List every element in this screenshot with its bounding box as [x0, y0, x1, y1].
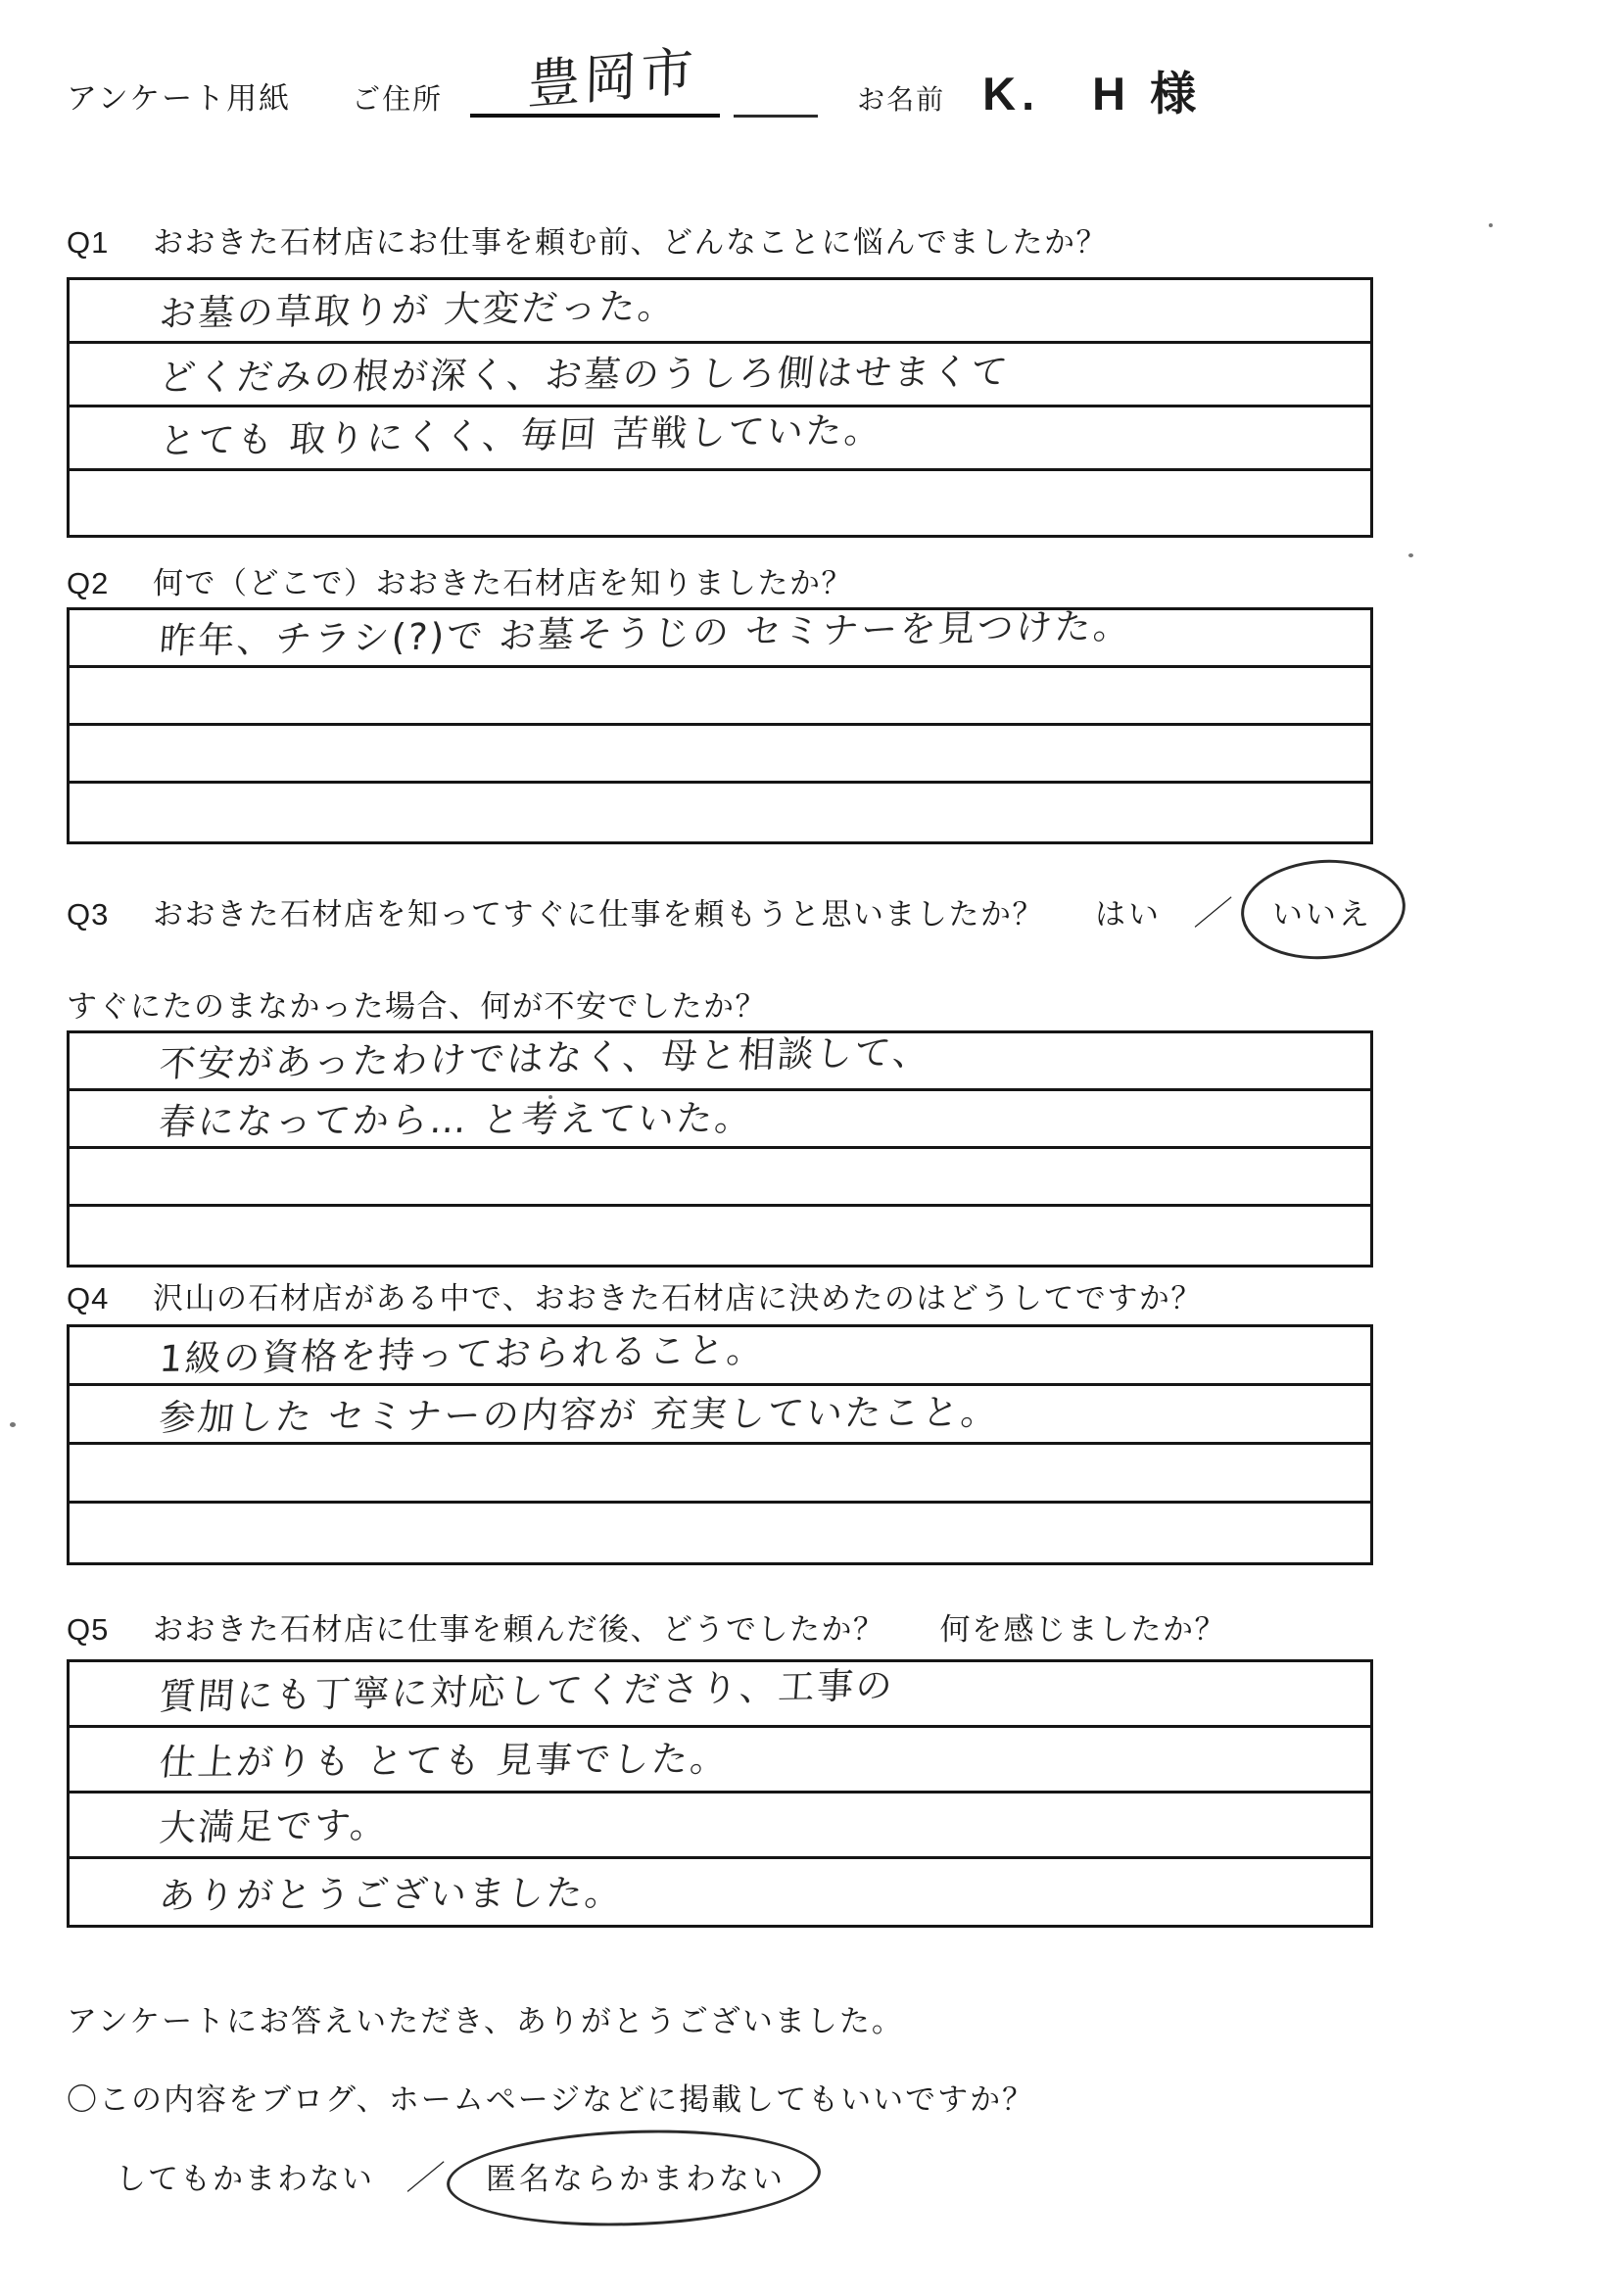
publish-options: してもかまわない ／ 匿名ならかまわない	[67, 2151, 791, 2199]
q4-answer-row	[70, 1445, 1370, 1504]
q4-answer-row: 1級の資格を持っておられること。	[70, 1327, 1370, 1386]
scan-speck	[1408, 553, 1413, 557]
address-field-line: 豊岡市	[470, 51, 720, 118]
q4-answer-row: 参加した セミナーの内容が 充実していたこと。	[70, 1386, 1370, 1445]
publish-options-separator: ／	[405, 2151, 450, 2199]
q3-option-no: いいえ	[1266, 889, 1378, 933]
q3b-answer-row: 春になってから… と考えていた。	[70, 1091, 1370, 1149]
q1-title: Q1 おおきた石材店にお仕事を頼む前、どんなことに悩んでましたか？	[67, 217, 1108, 262]
q3b-answer-box: 不安があったわけではなく、母と相談して、 春になってから… と考えていた。	[67, 1030, 1373, 1268]
q1-answer-row: とても 取りにくく、毎回 苦戦していた。	[70, 407, 1370, 471]
q3b-answer-row	[70, 1149, 1370, 1207]
q5-question-2: 何を感じましたか？	[940, 1604, 1227, 1649]
name-label: お名前	[857, 78, 945, 118]
header: アンケート用紙 ご住所 豊岡市 お名前 K. H 様	[67, 51, 1202, 118]
q3b-answer-line-1: 不安があったわけではなく、母と相談して、	[158, 1023, 933, 1087]
q1-answer-line-3: とても 取りにくく、毎回 苦戦していた。	[158, 400, 885, 464]
q2-answer-box: 昨年、チラシ(?)で お墓そうじの セミナーを見つけた。	[67, 607, 1373, 844]
q5-answer-row: ありがとうございました。	[70, 1859, 1370, 1925]
q2-label: Q2	[67, 566, 153, 601]
q3-question: おおきた石材店を知ってすぐに仕事を頼もうと思いましたか？	[153, 889, 1044, 933]
q2-answer-row	[70, 784, 1370, 841]
q4-answer-box: 1級の資格を持っておられること。 参加した セミナーの内容が 充実していたこと。	[67, 1324, 1373, 1565]
q5-title: Q5 おおきた石材店に仕事を頼んだ後、どうでしたか？ 何を感じましたか？	[67, 1604, 1226, 1649]
publish-option-anonymous-label: 匿名ならかまわない	[486, 2162, 786, 2196]
q5-question: おおきた石材店に仕事を頼んだ後、どうでしたか？	[153, 1604, 885, 1649]
q5-answer-line-2: 仕上がりも とても 見事でした。	[157, 1729, 732, 1786]
q1-answer-row	[70, 471, 1370, 535]
q3-title: Q3 おおきた石材店を知ってすぐに仕事を頼もうと思いましたか？ はい ／ いいえ	[67, 886, 1378, 934]
q1-answer-row: お墓の草取りが 大変だった。	[70, 280, 1370, 344]
scan-speck	[548, 1095, 552, 1099]
q3b-answer-row	[70, 1207, 1370, 1265]
q3-label: Q3	[67, 897, 153, 933]
q5-answer-line-1: 質問にも丁寧に対応してくださり、工事の	[158, 1655, 896, 1720]
q1-answer-box: お墓の草取りが 大変だった。 どくだみの根が深く、お墓のうしろ側はせまくて とて…	[67, 277, 1373, 538]
q4-question: 沢山の石材店がある中で、おおきた石材店に決めたのはどうしてですか？	[153, 1273, 1203, 1317]
q3b-answer-line-2: 春になってから… と考えていた。	[157, 1088, 756, 1145]
thanks-text: アンケートにお答えいただき、ありがとうございました。	[67, 1996, 904, 2040]
scan-speck	[10, 1422, 16, 1427]
address-handwritten-value: 豊岡市	[527, 28, 698, 120]
publish-option-anonymous: 匿名ならかまわない	[480, 2154, 791, 2198]
q4-answer-line-1: 1級の資格を持っておられること。	[158, 1319, 767, 1382]
form-title: アンケート用紙	[67, 73, 291, 118]
q3-option-yes: はい	[1095, 889, 1162, 933]
q2-title: Q2 何で（どこで）おおきた石材店を知りましたか？	[67, 558, 853, 602]
q3b-answer-row: 不安があったわけではなく、母と相談して、	[70, 1033, 1370, 1091]
q4-answer-row	[70, 1504, 1370, 1562]
scan-speck	[1489, 223, 1493, 227]
q3b-question: すぐにたのまなかった場合、何が不安でしたか？	[67, 981, 767, 1026]
q1-answer-row: どくだみの根が深く、お墓のうしろ側はせまくて	[70, 344, 1370, 407]
q4-label: Q4	[67, 1281, 153, 1316]
q1-label: Q1	[67, 225, 153, 261]
publish-question: 〇この内容をブログ、ホームページなどに掲載してもいいですか？	[67, 2075, 1034, 2119]
survey-form-scan: アンケート用紙 ご住所 豊岡市 お名前 K. H 様 Q1 おおきた石材店にお仕…	[0, 0, 1620, 2296]
q1-answer-line-2: どくだみの根が深く、お墓のうしろ側はせまくて	[157, 342, 1013, 401]
q4-title: Q4 沢山の石材店がある中で、おおきた石材店に決めたのはどうしてですか？	[67, 1273, 1203, 1317]
address-label: ご住所	[352, 77, 443, 118]
q5-label: Q5	[67, 1612, 153, 1648]
q5-answer-box: 質問にも丁寧に対応してくださり、工事の 仕上がりも とても 見事でした。 大満足…	[67, 1659, 1373, 1928]
q3-separator: ／	[1192, 886, 1236, 934]
address-field-line-2	[734, 58, 818, 118]
q2-question: 何で（どこで）おおきた石材店を知りましたか？	[153, 558, 853, 602]
q5-answer-line-3: 大満足です。	[158, 1794, 391, 1851]
q5-answer-line-4: ありがとうございました。	[157, 1862, 626, 1918]
q2-answer-row	[70, 726, 1370, 784]
q2-answer-row: 昨年、チラシ(?)で お墓そうじの セミナーを見つけた。	[70, 610, 1370, 668]
q2-answer-line-1: 昨年、チラシ(?)で お墓そうじの セミナーを見つけた。	[158, 596, 1134, 664]
q1-answer-line-1: お墓の草取りが 大変だった。	[158, 276, 679, 337]
q5-answer-row: 質問にも丁寧に対応してくださり、工事の	[70, 1662, 1370, 1728]
q5-answer-row: 大満足です。	[70, 1794, 1370, 1859]
q2-answer-row	[70, 668, 1370, 726]
q1-question: おおきた石材店にお仕事を頼む前、どんなことに悩んでましたか？	[153, 217, 1108, 262]
q5-answer-row: 仕上がりも とても 見事でした。	[70, 1728, 1370, 1794]
q3b-title: すぐにたのまなかった場合、何が不安でしたか？	[67, 981, 767, 1026]
q4-answer-line-2: 参加した セミナーの内容が 充実していたこと。	[157, 1381, 1002, 1440]
q3-option-no-label: いいえ	[1272, 897, 1372, 932]
publish-option-allow: してもかまわない	[116, 2154, 374, 2198]
name-value: K. H 様	[982, 58, 1202, 123]
